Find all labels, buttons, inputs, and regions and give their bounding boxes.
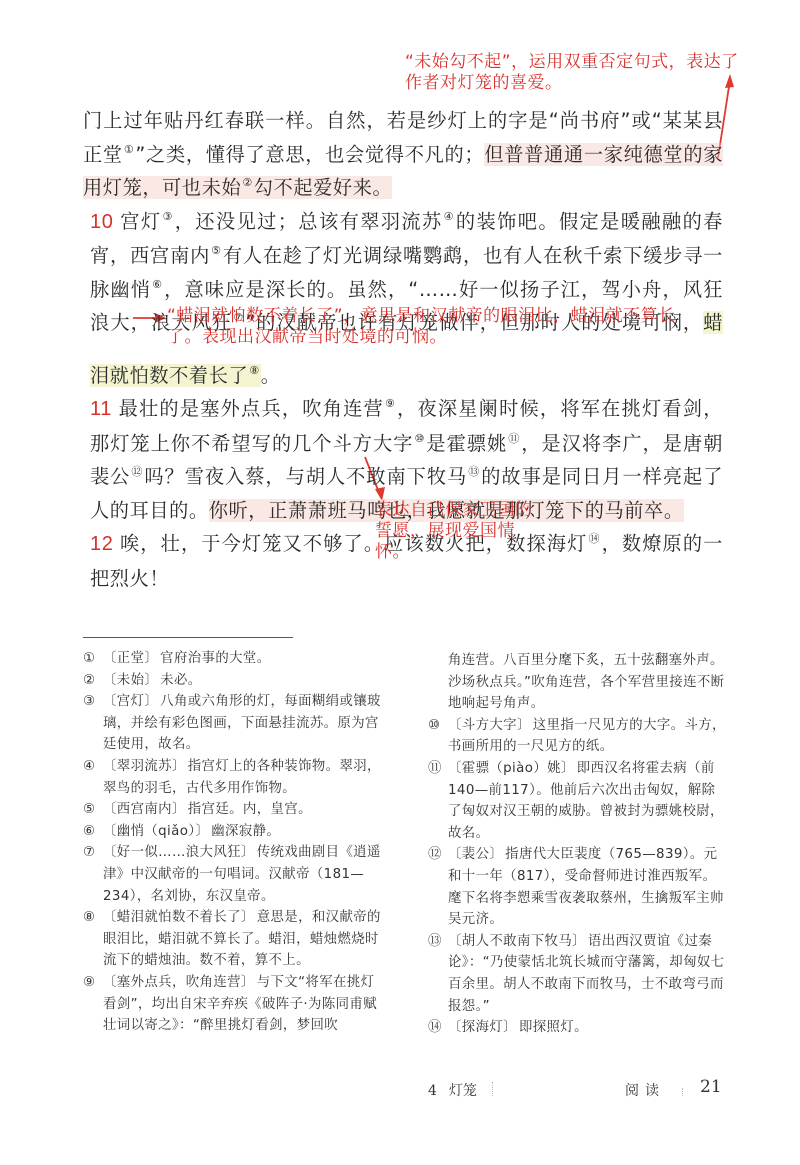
footnote-ref-14[interactable]: ⑭ [588,532,600,545]
footer-divider [492,1082,494,1096]
footnote-ref-6[interactable]: ⑥ [152,278,163,291]
footer-lesson: 4灯笼 [428,1080,477,1100]
page-number: 21 [700,1077,722,1097]
paragraph-number: 12 [90,533,113,555]
footnote-ref-12[interactable]: ⑫ [131,465,143,478]
footnote-ref-4[interactable]: ④ [444,210,455,223]
paragraph-number: 10 [90,211,113,233]
footnote-4: ④〔翠羽流苏〕指宫灯上的各种装饰物。翠羽，翠鸟的羽毛，古代多用作饰物。 [83,756,383,799]
footnote-9-continued: 角连营。八百里分麾下炙，五十弦翻塞外声。沙场秋点兵。”吹角连营，各个军营里接连不… [428,650,728,715]
paragraph-10: 10宫灯③，还没见过；总该有翠羽流苏④的装饰吧。假定是暖融融的春宵，西宫南内⑤有… [83,205,723,393]
footnote-8: ⑧〔蜡泪就怕数不着长了〕意思是，和汉献帝的眼泪比，蜡泪就不算长了。蜡泪，蜡烛燃烧… [83,907,383,972]
paragraph-number: 11 [90,398,112,420]
footnotes-left-column: ①〔正堂〕官府治事的大堂。 ②〔未始〕未必。 ③〔宫灯〕八角或六角形的灯，每面糊… [83,648,383,1037]
footnote-13: ⑬〔胡人不敢南下牧马〕语出西汉贾谊《过秦论》：“乃使蒙恬北筑长城而守藩篱，却匈奴… [428,931,728,1017]
footnote-12: ⑫〔裴公〕指唐代大臣裴度（765—839）。元和十一年（817），受命督师进讨淮… [428,844,728,930]
footer-section: 阅读 [625,1080,665,1100]
footnote-3: ③〔宫灯〕八角或六角形的灯，每面糊绢或镶玻璃，并绘有彩色图画，下面悬挂流苏。原为… [83,691,383,756]
footnote-ref-10[interactable]: ⑩ [414,432,425,445]
lesson-number: 4 [428,1083,437,1099]
footnote-ref-11[interactable]: ⑪ [508,432,520,445]
annotation-bottom: 表达自己保家卫国的誓愿，展现爱国情怀。 [375,500,535,563]
footnote-10: ⑩〔斗方大字〕这里指一尺见方的大字。斗方，书画所用的一尺见方的纸。 [428,715,728,758]
footnote-divider [83,637,293,638]
footnote-1: ①〔正堂〕官府治事的大堂。 [83,648,383,670]
footnote-ref-3[interactable]: ③ [162,210,173,223]
footnote-ref-5[interactable]: ⑤ [211,244,222,257]
footnotes-right-column: 角连营。八百里分麾下炙，五十弦翻塞外声。沙场秋点兵。”吹角连营，各个军营里接连不… [428,650,728,1039]
annotation-middle: “蜡泪就怕数不着长了”，意思是和汉献帝的眼泪比，蜡泪就不算长了。表现出汉献帝当时… [167,306,707,348]
footnote-5: ⑤〔西宫南内〕指宫廷。内，皇宫。 [83,799,383,821]
lesson-title: 灯笼 [449,1083,477,1099]
footnote-ref-2[interactable]: ② [242,176,252,189]
footnote-6: ⑥〔幽悄（qiǎo）〕幽深寂静。 [83,821,383,843]
footnote-ref-9[interactable]: ⑨ [385,397,396,410]
footnote-9: ⑨〔塞外点兵，吹角连营〕与下文“将军在挑灯看剑”，均出自宋辛弃疾《破阵子·为陈同… [83,972,383,1037]
footnote-14: ⑭〔探海灯〕即探照灯。 [428,1017,728,1039]
footnote-11: ⑪〔霍骠（piào）姚〕即西汉名将霍去病（前140—前117）。他前后六次出击匈… [428,758,728,844]
paragraph-9-continued: 门上过年贴丹红春联一样。自然，若是纱灯上的字是“尚书府”或“某某县正堂①”之类，… [83,104,723,205]
footnote-ref-1[interactable]: ① [124,143,135,156]
textbook-page: “未始勾不起”，运用双重否定句式，表达了作者对灯笼的喜爱。 门上过年贴丹红春联一… [0,0,800,1165]
footnote-ref-8[interactable]: ⑧ [249,364,259,377]
footnote-ref-13[interactable]: ⑬ [468,465,480,478]
footnote-2: ②〔未始〕未必。 [83,670,383,692]
annotation-top: “未始勾不起”，运用双重否定句式，表达了作者对灯笼的喜爱。 [405,52,745,94]
footer-divider [682,1088,684,1096]
footnote-7: ⑦〔好一似……浪大风狂〕传统戏曲剧目《逍遥津》中汉献帝的一句唱词。汉献帝（181… [83,842,383,907]
